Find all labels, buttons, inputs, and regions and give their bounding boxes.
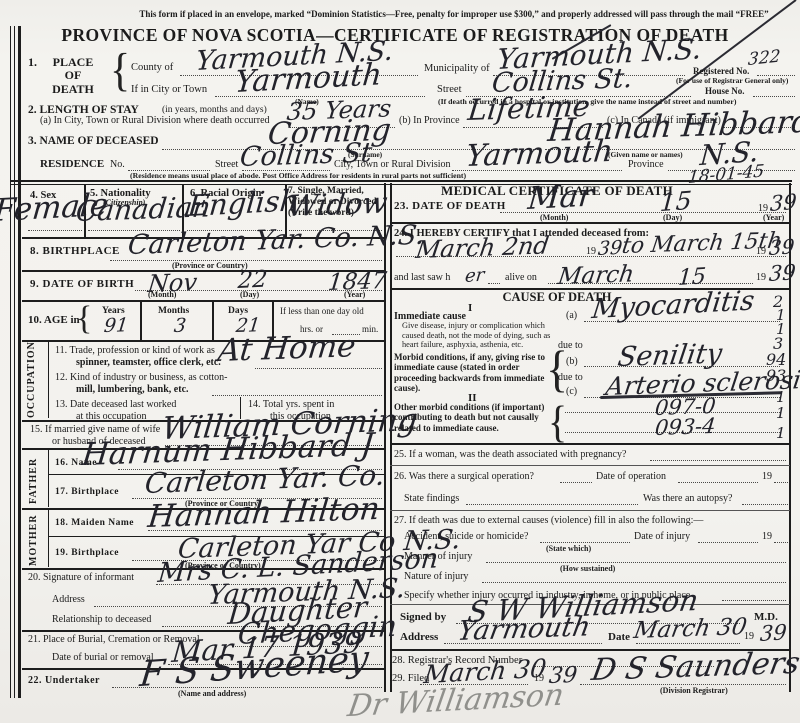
informant-relationship-label: Relationship to deceased xyxy=(52,614,151,625)
last-saw-line-1 xyxy=(488,283,500,284)
margin-code: 1 xyxy=(776,406,786,421)
mother-side-label: MOTHER xyxy=(28,514,39,566)
signed-by-label: Signed by xyxy=(400,611,446,623)
mailing-notice: This form if placed in an envelope, mark… xyxy=(108,9,800,19)
q27-specify-line xyxy=(722,600,786,601)
mother-birthplace-label: 19. Birthplace xyxy=(55,548,119,559)
division-registrar-note: (Division Registrar) xyxy=(660,687,728,696)
registered-no-label: Registered No. xyxy=(693,66,749,76)
city-town-value: Yarmouth xyxy=(234,60,383,98)
q27-accident-line xyxy=(540,542,630,543)
item11-label-2: spinner, teamster, office clerk, etc. xyxy=(76,357,221,368)
q27-nature-label: Nature of injury xyxy=(404,571,468,582)
signed-date-label: Date xyxy=(608,631,630,643)
rule xyxy=(48,449,49,507)
father-birthplace-label: 17. Birthplace xyxy=(55,487,119,498)
item12-label-2: mill, lumbering, bank, etc. xyxy=(76,384,189,395)
residence-province-label: Province xyxy=(628,159,664,170)
dob-day-note: (Day) xyxy=(240,291,259,300)
q26-findings-label: State findings xyxy=(404,493,459,504)
undertaker-note: (Name and address) xyxy=(178,690,246,699)
division-registrar-value: D S Saunders xyxy=(589,649,800,686)
date-of-birth-label: 9. DATE OF BIRTH xyxy=(30,278,134,290)
q27-injury-date-label: Date of injury xyxy=(634,531,690,542)
other-morbid-brace: { xyxy=(548,400,567,444)
residence-no-label: No. xyxy=(110,159,125,170)
margin-code: 1 xyxy=(776,390,786,405)
place-brace: { xyxy=(110,48,130,94)
birthplace-value: Carleton Yar. Co. N.S. xyxy=(127,222,426,259)
registrar-general-note: (For use of Registrar General only) xyxy=(676,77,788,85)
rule xyxy=(789,183,791,692)
residence-street-label: Street xyxy=(215,159,238,170)
dod-day: 15 xyxy=(659,188,692,215)
q27-year-line xyxy=(774,542,788,543)
undertaker-label: 22. Undertaker xyxy=(28,675,100,686)
q27-injury-date-line xyxy=(698,542,758,543)
q26-autopsy-line xyxy=(742,504,788,505)
other-morbid-code-2: 093-4 xyxy=(654,416,717,439)
house-no-label: House No. xyxy=(705,86,745,96)
q26-label: 26. Was there a surgical operation? xyxy=(394,471,534,482)
q27-accident-label: Accident, suicide or homicide? xyxy=(404,531,528,542)
margin-code: 93 xyxy=(766,368,786,384)
attended-year-prefix-2: 19 xyxy=(756,246,766,257)
rule xyxy=(390,465,790,466)
last-saw-day: 15 xyxy=(677,266,706,290)
date-of-death-label: 23. DATE OF DEATH xyxy=(394,200,506,212)
signed-address-value: Yarmouth xyxy=(456,613,593,645)
q27-how-note: (How sustained) xyxy=(560,565,615,574)
informant-address-label: Address xyxy=(52,594,85,605)
q27-manner-label: Manner of injury xyxy=(404,551,472,562)
name-of-deceased-label: 3. NAME OF DECEASED xyxy=(28,135,159,148)
last-saw-her: er xyxy=(464,267,485,287)
age-years-value: 91 xyxy=(103,316,129,336)
attended-year-prefix-1: 19 xyxy=(586,246,596,257)
street-label: Street xyxy=(437,84,462,96)
dob-month-note: (Month) xyxy=(148,291,176,300)
q27-label: 27. If death was due to external causes … xyxy=(394,515,703,526)
q26-line-3 xyxy=(774,482,788,483)
municipality-label: Municipality of xyxy=(424,63,490,75)
cause-b-value: Senility xyxy=(616,340,724,371)
occupation-side-label: OCCUPATION xyxy=(26,346,37,418)
item15-label-1: 15. If married give name of wife xyxy=(30,424,160,435)
last-saw-year-prefix: 19 xyxy=(756,272,766,283)
cause-rubric-1-num: I xyxy=(468,302,472,314)
cause-bc-brace: { xyxy=(546,344,568,395)
alive-on-label: alive on xyxy=(505,272,537,283)
father-side-label: FATHER xyxy=(28,454,39,504)
signed-year-value: 39 xyxy=(759,622,787,645)
mother-maiden-label: 18. Maiden Name xyxy=(55,518,134,529)
informant-label: 20. Signature of informant xyxy=(28,572,134,583)
rule xyxy=(48,509,49,567)
last-saw-label: and last saw h xyxy=(394,272,450,283)
age-brace: { xyxy=(76,302,92,336)
stay-a-label: (a) In City, Town or Rural Division wher… xyxy=(40,115,270,126)
dob-year-note: (Year) xyxy=(344,291,365,300)
item12-label-1: 12. Kind of industry or business, as cot… xyxy=(55,372,228,383)
q26-line-2 xyxy=(678,482,758,483)
cause-rubric-2-text: Morbid conditions, if any, giving rise t… xyxy=(394,352,558,393)
burial-date-label: Date of burial or removal xyxy=(52,652,154,663)
city-town-label: If in City or Town xyxy=(131,84,207,96)
attended-to-year: 39 xyxy=(768,236,795,258)
marital-value: Widow xyxy=(286,188,388,221)
pencil-annotation: Dr Williamson xyxy=(346,681,566,723)
cause-c-label: (c) xyxy=(566,386,577,397)
q27-manner-line xyxy=(486,562,786,563)
rule xyxy=(212,301,214,340)
place-of-death-label: PLACE OF DEATH xyxy=(42,56,104,96)
dod-year: 39 xyxy=(769,192,797,216)
residence-division-value: Yarmouth xyxy=(464,137,614,172)
q26-year-prefix: 19 xyxy=(762,471,772,482)
age-months-value: 3 xyxy=(173,317,187,337)
rule xyxy=(10,180,792,182)
q26-autopsy-label: Was there an autopsy? xyxy=(643,493,732,504)
signed-year-prefix: 19 xyxy=(744,631,754,642)
attended-from-year: 39 xyxy=(597,239,623,259)
rule xyxy=(390,443,790,445)
last-saw-month: March xyxy=(556,263,635,289)
q25-line xyxy=(650,460,786,461)
item11-value: At Home xyxy=(216,331,357,367)
rule xyxy=(390,510,790,511)
margin-code: 1 xyxy=(776,426,786,441)
item12-line xyxy=(212,395,382,396)
rule xyxy=(48,342,49,418)
q26-findings-line xyxy=(466,504,638,505)
rule xyxy=(390,222,790,224)
cause-a-value: Myocarditis xyxy=(590,287,756,323)
rule xyxy=(140,301,142,340)
cause-rubric-1-text: Give disease, injury or complication whi… xyxy=(402,321,554,350)
binder-rule xyxy=(14,26,15,698)
item13-label-1: 13. Date deceased last worked xyxy=(55,399,176,410)
q27-year-prefix: 19 xyxy=(762,531,772,542)
cause-a-label: (a) xyxy=(566,310,577,321)
q26-date-label: Date of operation xyxy=(596,471,666,482)
sex-line xyxy=(28,230,82,231)
birthplace-label: 8. BIRTHPLACE xyxy=(30,245,120,257)
residence-division-label: City, Town or Rural Division xyxy=(334,159,451,170)
place-of-death-number: 1. xyxy=(28,56,37,69)
item11-label-1: 11. Trade, profession or kind of work as xyxy=(55,345,215,356)
house-no-line xyxy=(753,96,795,97)
racial-origin-value: English xyxy=(187,186,300,221)
binder-rule xyxy=(18,26,21,698)
q26-line-1 xyxy=(560,482,592,483)
age-label: 10. AGE in xyxy=(28,314,80,326)
cause-b-label: (b) xyxy=(566,356,578,367)
dod-month: Mar xyxy=(527,181,595,216)
item11-line xyxy=(255,368,382,369)
registered-no-value: 322 xyxy=(747,48,780,69)
q27-nature-line xyxy=(482,582,786,583)
stay-b-label: (b) In Province xyxy=(399,115,460,126)
binder-rule xyxy=(10,26,11,698)
death-certificate-document: This form if placed in an envelope, mark… xyxy=(0,0,800,723)
signed-address-label: Address xyxy=(400,631,438,643)
last-saw-year: 39 xyxy=(768,262,796,285)
residence-label: RESIDENCE xyxy=(40,158,104,170)
signed-date-value: March 30 xyxy=(632,616,749,643)
q27-state-which-note: (State which) xyxy=(546,545,591,554)
age-less-label: If less than one day old xyxy=(280,306,364,316)
county-label: County of xyxy=(131,62,173,74)
cause-due-to-2: due to xyxy=(558,372,583,383)
age-min-label: min. xyxy=(362,324,378,334)
cause-rubric-3-text: Other morbid conditions (if important) c… xyxy=(394,402,562,433)
attended-from-value: March 2nd xyxy=(414,233,550,262)
q25-label: 25. If a woman, was the death associated… xyxy=(394,449,626,460)
